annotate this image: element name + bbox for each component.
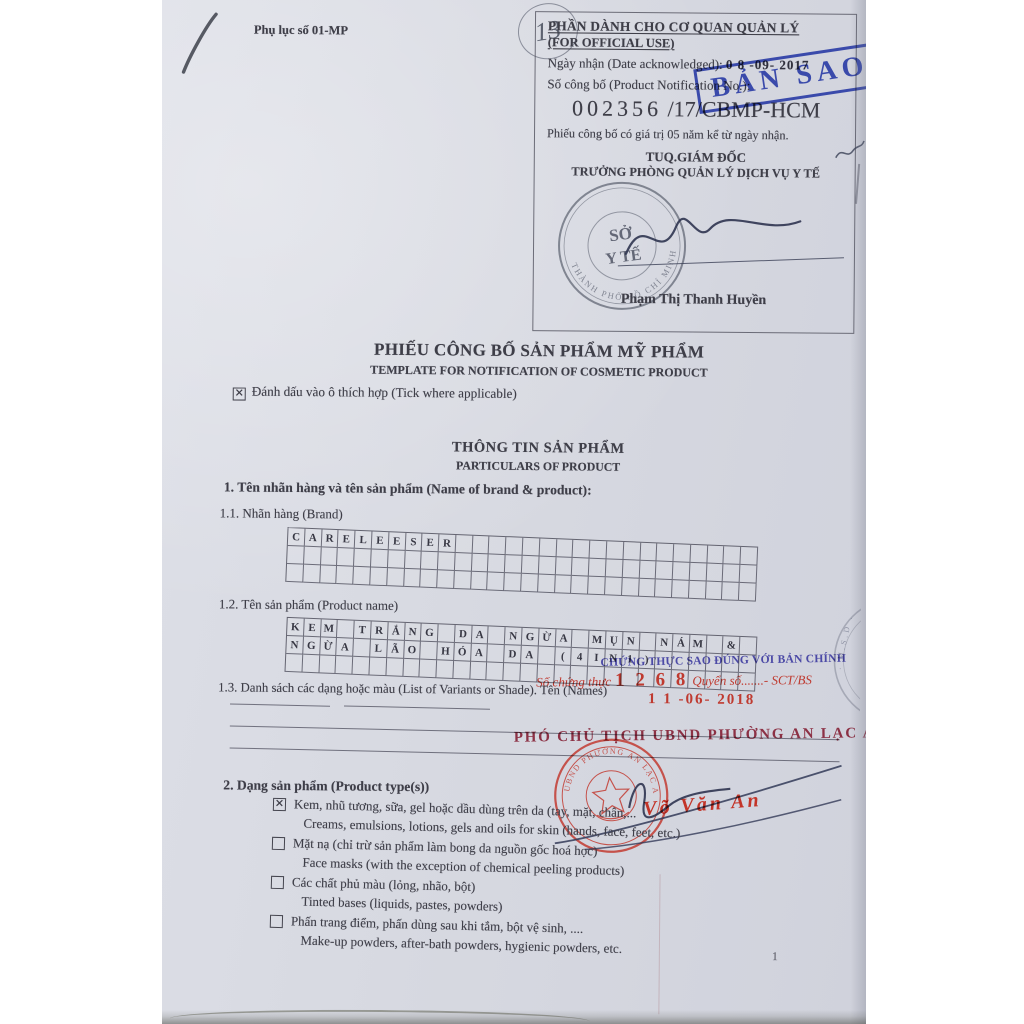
grid-cell: S <box>405 533 423 552</box>
brand-name-grid: CARELEESER <box>285 527 758 602</box>
grid-cell <box>639 633 657 652</box>
grid-cell: M <box>689 635 707 654</box>
grid-cell: E <box>304 619 322 638</box>
tick-instruction: Đánh dấu vào ô thích hợp (Tick where app… <box>233 383 517 402</box>
grid-cell <box>437 570 455 589</box>
grid-cell <box>538 647 556 666</box>
grid-cell <box>436 660 454 679</box>
grid-cell <box>455 553 473 572</box>
form-title-vi: PHIẾU CÔNG BỐ SẢN PHẨM MỸ PHẨM <box>239 339 839 364</box>
grid-cell: E <box>372 531 390 550</box>
grid-cell <box>523 538 541 557</box>
grid-cell: C <box>288 528 306 547</box>
grid-cell <box>520 664 538 683</box>
grid-cell: A <box>471 626 489 645</box>
grid-cell <box>287 546 305 565</box>
grid-cell <box>489 536 507 555</box>
grid-cell <box>403 659 421 678</box>
product-name-label: 1.2. Tên sản phẩm (Product name) <box>219 596 398 614</box>
grid-cell <box>655 579 673 598</box>
grid-cell <box>723 564 741 583</box>
grid-cell <box>572 558 590 577</box>
grid-cell <box>505 555 523 574</box>
grid-cell: N <box>622 632 640 651</box>
grid-cell <box>303 565 321 584</box>
grid-cell: Ừ <box>320 637 338 656</box>
grid-cell: Ừ <box>539 629 557 648</box>
official-box-heading-en: (FOR OFFICIAL USE) <box>548 35 846 53</box>
grid-cell: 4 <box>571 648 589 667</box>
grid-cell <box>487 644 505 663</box>
grid-cell: N <box>505 627 523 646</box>
section1-heading: 1. Tên nhãn hàng và tên sản phẩm (Name o… <box>224 479 592 498</box>
grid-cell <box>488 554 506 573</box>
variants-label: 1.3. Danh sách các dạng hoặc màu (List o… <box>218 680 607 698</box>
grid-cell: L <box>370 639 388 658</box>
grid-cell: E <box>338 530 356 549</box>
grid-cell: R <box>439 534 457 553</box>
grid-cell: & <box>723 636 741 655</box>
grid-cell <box>354 549 372 568</box>
grid-cell <box>386 658 404 677</box>
grid-cell <box>707 546 725 565</box>
grid-cell <box>605 577 623 596</box>
grid-cell: R <box>321 529 339 548</box>
grid-cell <box>724 546 742 565</box>
grid-cell: O <box>404 641 422 660</box>
grid-cell <box>622 578 640 597</box>
grid-cell: A <box>521 646 539 665</box>
grid-cell: H <box>437 642 455 661</box>
grid-cell <box>690 545 708 564</box>
grid-cell <box>487 662 505 681</box>
grid-cell <box>657 543 675 562</box>
grid-cell: R <box>371 621 389 640</box>
grid-cell: D <box>455 625 473 644</box>
photo-bottom-shading <box>162 1010 866 1024</box>
grid-cell: L <box>355 531 373 550</box>
grid-cell <box>438 624 456 643</box>
grid-cell <box>706 564 724 583</box>
director-signer-name: Phạm Thị Thanh Huyền <box>533 291 855 310</box>
variants-line <box>344 705 490 710</box>
grid-cell <box>739 583 757 602</box>
grid-cell <box>454 571 472 590</box>
grid-cell: G <box>303 637 321 656</box>
tick-instruction-checkbox-icon <box>233 387 246 400</box>
grid-cell <box>504 663 522 682</box>
grid-cell <box>588 577 606 596</box>
grid-cell <box>472 554 490 573</box>
grid-cell <box>740 565 758 584</box>
grid-cell: T <box>354 621 372 640</box>
notification-number: 002356 /17/CBMP-HCM <box>547 95 845 124</box>
grid-cell <box>672 580 690 599</box>
grid-cell <box>555 575 573 594</box>
grid-cell: Ắ <box>388 622 406 641</box>
brand-label: 1.1. Nhãn hàng (Brand) <box>220 505 343 522</box>
grid-cell <box>471 572 489 591</box>
grid-cell: N <box>286 636 304 655</box>
grid-cell <box>420 660 438 679</box>
grid-cell <box>286 564 304 583</box>
grid-cell <box>388 550 406 569</box>
grid-cell <box>673 562 691 581</box>
grid-cell: A <box>555 629 573 648</box>
grid-cell <box>472 536 490 555</box>
grid-cell <box>639 561 657 580</box>
grid-cell <box>320 565 338 584</box>
grid-cell <box>521 574 539 593</box>
grid-cell <box>622 560 640 579</box>
grid-cell <box>690 563 708 582</box>
grid-cell <box>674 544 692 563</box>
grid-cell: Ụ <box>606 631 624 650</box>
checkbox-unchecked-icon[interactable] <box>270 915 283 928</box>
grid-cell <box>438 552 456 571</box>
grid-cell: A <box>471 644 489 663</box>
product-type-list: Kem, nhũ tương, sữa, gel hoặc dầu dùng t… <box>269 794 833 965</box>
grid-cell <box>571 576 589 595</box>
grid-cell <box>302 655 320 674</box>
official-box-heading-vi: PHẦN DÀNH CHO CƠ QUAN QUẢN LÝ <box>548 18 846 37</box>
section2-heading: 2. Dạng sản phẩm (Product type(s)) <box>223 777 429 795</box>
director-signature <box>612 196 853 276</box>
grid-cell <box>353 639 371 658</box>
grid-cell <box>337 548 355 567</box>
grid-cell: M <box>321 619 339 638</box>
grid-cell <box>741 547 759 566</box>
grid-cell <box>470 662 488 681</box>
grid-cell: N <box>656 633 674 652</box>
grid-cell <box>337 620 355 639</box>
grid-cell <box>590 541 608 560</box>
grid-cell: Á <box>673 634 691 653</box>
grid-cell <box>556 539 574 558</box>
product-info-heading-en: PARTICULARS OF PRODUCT <box>238 457 838 477</box>
grid-cell <box>573 540 591 559</box>
grid-cell <box>455 535 473 554</box>
grid-cell <box>421 552 439 571</box>
grid-cell: A <box>337 638 355 657</box>
photo-right-shading <box>850 0 866 1024</box>
grid-cell <box>404 551 422 570</box>
grid-cell <box>488 626 506 645</box>
checkbox-unchecked-icon[interactable] <box>272 837 285 850</box>
grid-cell <box>488 572 506 591</box>
grid-cell: Ó <box>454 643 472 662</box>
checkbox-checked-icon[interactable] <box>273 798 286 811</box>
grid-cell <box>285 654 303 673</box>
page-number: 1 <box>772 949 778 964</box>
grid-cell <box>706 582 724 601</box>
grid-cell: ( <box>555 647 573 666</box>
grid-cell: E <box>422 534 440 553</box>
grid-cell <box>606 541 624 560</box>
grid-cell: K <box>287 618 305 637</box>
grid-cell <box>353 567 371 586</box>
checkbox-unchecked-icon[interactable] <box>271 876 284 889</box>
scanned-document-photo: Phụ lục số 01-MP 13 PHẦN DÀNH CHO CƠ QUA… <box>162 0 866 1024</box>
grid-cell: G <box>421 624 439 643</box>
grid-cell <box>371 549 389 568</box>
grid-cell <box>304 547 322 566</box>
grid-cell <box>504 573 522 592</box>
grid-cell <box>555 557 573 576</box>
grid-cell: D <box>504 645 522 664</box>
grid-cell <box>623 542 641 561</box>
grid-cell <box>420 570 438 589</box>
grid-cell <box>539 557 557 576</box>
grid-cell <box>722 582 740 601</box>
grid-cell <box>506 537 524 556</box>
grid-cell: M <box>589 631 607 650</box>
grid-cell <box>539 539 557 558</box>
grid-cell: E <box>388 532 406 551</box>
grid-cell <box>638 579 656 598</box>
certification-date-stamp: 1 1 -06- 2018 <box>648 691 755 709</box>
grid-cell <box>640 543 658 562</box>
grid-cell: G <box>522 628 540 647</box>
form-title-en: TEMPLATE FOR NOTIFICATION OF COSMETIC PR… <box>239 362 839 382</box>
pen-slash-mark <box>175 8 226 80</box>
grid-cell <box>319 655 337 674</box>
appendix-label: Phụ lục số 01-MP <box>254 23 348 39</box>
grid-cell: A <box>305 529 323 548</box>
grid-cell <box>369 657 387 676</box>
grid-cell <box>336 656 354 675</box>
grid-cell <box>706 636 724 655</box>
grid-cell: N <box>404 623 422 642</box>
grid-cell: Ã <box>387 640 405 659</box>
grid-cell <box>538 574 556 593</box>
grid-cell <box>453 661 471 680</box>
grid-cell <box>337 566 355 585</box>
grid-cell <box>606 559 624 578</box>
grid-cell <box>387 568 405 587</box>
variants-line <box>230 703 330 707</box>
grid-cell <box>656 561 674 580</box>
grid-cell <box>321 547 339 566</box>
grid-cell <box>522 556 540 575</box>
grid-cell <box>589 559 607 578</box>
grid-cell <box>689 581 707 600</box>
grid-cell <box>353 657 371 676</box>
grid-cell <box>420 642 438 661</box>
grid-cell <box>404 569 422 588</box>
grid-cell <box>370 567 388 586</box>
grid-cell <box>572 630 590 649</box>
validity-note: Phiếu công bố có giá trị 05 năm kể từ ng… <box>547 126 845 144</box>
